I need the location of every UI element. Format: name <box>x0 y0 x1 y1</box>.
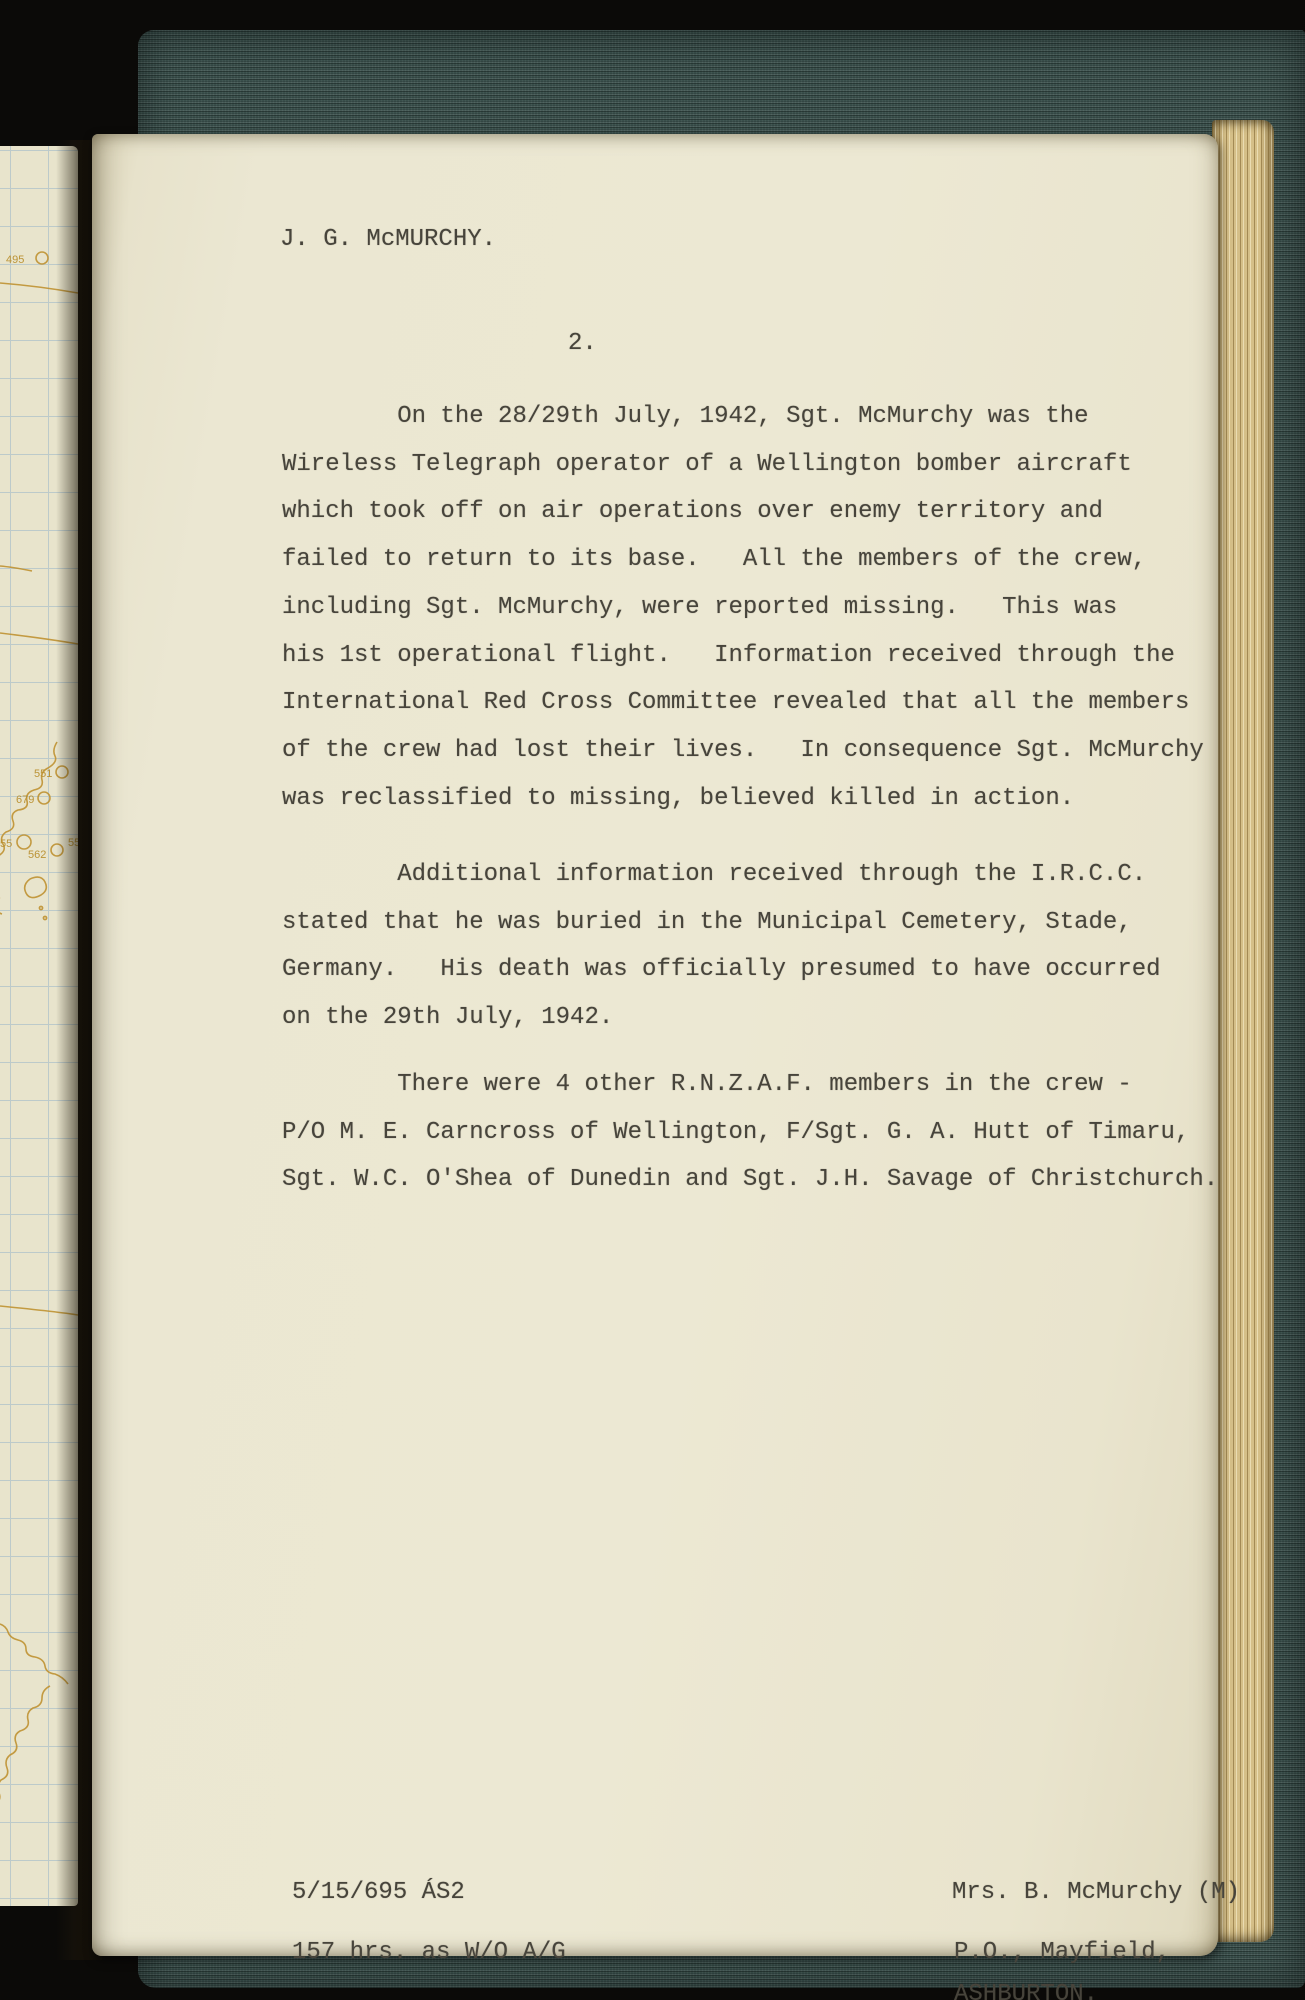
text-line: Additional information received through … <box>282 851 1161 899</box>
text-line: on the 29th July, 1942. <box>282 994 1161 1042</box>
file-reference: 5/15/695 ÁS2 <box>292 1879 465 1906</box>
text-line: including Sgt. McMurchy, were reported m… <box>282 584 1204 632</box>
text-line: There were 4 other R.N.Z.A.F. members in… <box>282 1061 1218 1109</box>
text-line: was reclassified to missing, believed ki… <box>282 775 1204 823</box>
text-line: of the crew had lost their lives. In con… <box>282 727 1204 775</box>
text-line: On the 28/29th July, 1942, Sgt. McMurchy… <box>282 393 1204 441</box>
paragraph-crew-members: There were 4 other R.N.Z.A.F. members in… <box>282 1061 1218 1204</box>
next-of-kin-name: Mrs. B. McMurchy (M) <box>952 1879 1240 1906</box>
text-line: P/O M. E. Carncross of Wellington, F/Sgt… <box>282 1109 1218 1157</box>
map-label-551: 551 <box>34 768 52 780</box>
paragraph-burial-details: Additional information received through … <box>282 851 1161 1042</box>
map-label-655: 55 <box>0 838 12 850</box>
map-label-562: 562 <box>28 849 46 861</box>
page-number: 2. <box>568 330 597 357</box>
text-line: his 1st operational flight. Information … <box>282 632 1204 680</box>
text-line: which took off on air operations over en… <box>282 488 1204 536</box>
page-stack-fore-edge <box>1212 120 1274 1942</box>
next-of-kin-address-line1: P.O., Mayfield, <box>954 1939 1170 1966</box>
text-line: stated that he was buried in the Municip… <box>282 899 1161 947</box>
text-line: Sgt. W.C. O'Shea of Dunedin and Sgt. J.H… <box>282 1156 1218 1204</box>
document-page: J. G. McMURCHY. 2. On the 28/29th July, … <box>92 134 1218 1956</box>
text-line: Wireless Telegraph operator of a Welling… <box>282 441 1204 489</box>
map-label-679: 679 <box>16 794 34 806</box>
paragraph-missing-report: On the 28/29th July, 1942, Sgt. McMurchy… <box>282 393 1204 822</box>
flying-hours-note: 157 hrs. as W/O A/G <box>292 1939 566 1966</box>
text-line: Germany. His death was officially presum… <box>282 946 1161 994</box>
casualty-name-header: J. G. McMURCHY. <box>280 226 496 253</box>
next-of-kin-address-line2: ASHBURTON. <box>954 1981 1098 2000</box>
text-line: International Red Cross Committee reveal… <box>282 679 1204 727</box>
map-label-495: 495 <box>6 254 24 266</box>
text-line: failed to return to its base. All the me… <box>282 536 1204 584</box>
book-scan: 495 551 679 55 562 55 J. G. McMURCHY. 2.… <box>0 0 1305 2000</box>
